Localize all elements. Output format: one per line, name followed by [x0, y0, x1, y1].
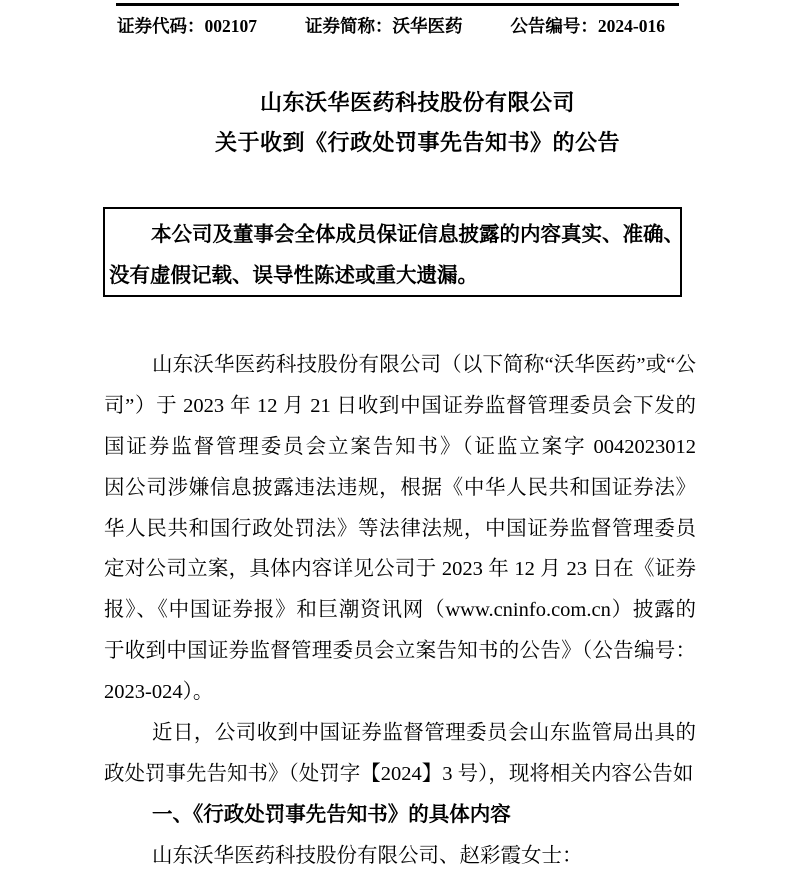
paragraph-line: 定对公司立案，具体内容详见公司于 2023 年 12 月 23 日在《证券时: [104, 549, 696, 590]
stock-abbr: 证券简称：沃华医药: [305, 14, 463, 38]
paragraph-line: 于收到中国证券监督管理委员会立案告知书的公告》（公告编号：: [104, 631, 696, 672]
paragraph-line: 山东沃华医药科技股份有限公司（以下简称“沃华医药”或“公: [104, 345, 696, 386]
paragraph-line: 近日，公司收到中国证券监督管理委员会山东监管局出具的《行: [104, 713, 696, 754]
paragraph-line: 山东沃华医药科技股份有限公司、赵彩霞女士：: [104, 836, 696, 877]
title-block: 山东沃华医药科技股份有限公司 关于收到《行政处罚事先告知书》的公告: [124, 89, 711, 168]
announcement-page: 证券代码：002107 证券简称：沃华医药 公告编号：2024-016 山东沃华…: [0, 0, 791, 889]
header-rule-divider: [116, 3, 679, 6]
paragraph-line: 政处罚事先告知书》（处罚字【2024】3 号），现将相关内容公告如下。: [104, 754, 696, 795]
section-heading: 一、《行政处罚事先告知书》的具体内容: [104, 795, 696, 836]
paragraph-line: 报》、《中国证券报》和巨潮资讯网（www.cninfo.com.cn）披露的《关: [104, 590, 696, 631]
body-text: 山东沃华医药科技股份有限公司（以下简称“沃华医药”或“公 司”）于 2023 年…: [104, 345, 696, 877]
document-header: 证券代码：002107 证券简称：沃华医药 公告编号：2024-016: [117, 14, 665, 38]
statement-line: 本公司及董事会全体成员保证信息披露的内容真实、准确、完整，: [109, 216, 678, 257]
statement-box: 本公司及董事会全体成员保证信息披露的内容真实、准确、完整， 没有虚假记载、误导性…: [103, 207, 682, 297]
paragraph-line: 司”）于 2023 年 12 月 21 日收到中国证券监督管理委员会下发的《中: [104, 386, 696, 427]
announcement-title: 关于收到《行政处罚事先告知书》的公告: [124, 129, 711, 169]
company-title: 山东沃华医药科技股份有限公司: [124, 89, 711, 129]
announcement-number: 公告编号：2024-016: [510, 14, 665, 38]
paragraph-line: 2023-024）。: [104, 672, 696, 713]
statement-line: 没有虚假记载、误导性陈述或重大遗漏。: [109, 257, 678, 298]
paragraph-line: 华人民共和国行政处罚法》等法律法规，中国证券监督管理委员会决: [104, 509, 696, 550]
paragraph-line: 国证券监督管理委员会立案告知书》（证监立案字 0042023012 号），: [104, 427, 696, 468]
stock-code: 证券代码：002107: [117, 14, 257, 38]
paragraph-line: 因公司涉嫌信息披露违法违规，根据《中华人民共和国证券法》《中: [104, 468, 696, 509]
